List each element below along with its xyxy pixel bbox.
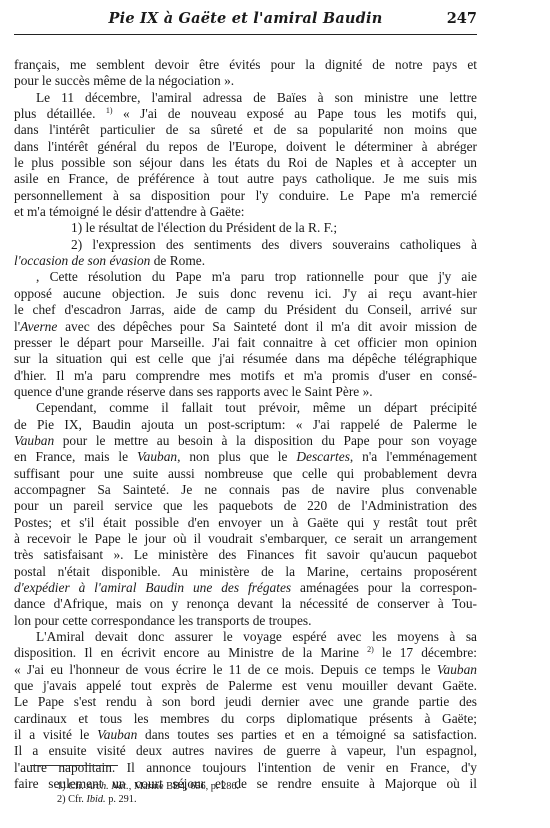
footnote: 1) Cfr. Arch. Nat., Marine BB4, 656, p. … [57, 780, 239, 793]
text-line: d'hier. Il m'a paru comprendre mes motif… [14, 368, 477, 384]
header-rule [14, 34, 477, 35]
text-line: Le 11 décembre, l'amiral adressa de Baïe… [14, 90, 477, 106]
text-run: disposition. Il en écrivit encore au Min… [14, 645, 367, 660]
text-line: d'expédier à l'amiral Baudin une des fré… [14, 580, 477, 596]
footnote-reference: 2) [367, 645, 374, 654]
text-line: 2) l'expression des sentiments des diver… [14, 237, 477, 253]
italic-text: Descartes [296, 449, 350, 464]
text-run: en France, mais le [14, 449, 137, 464]
text-line: l'occasion de son évasion de Rome. [14, 253, 477, 269]
text-run: avec des dépêches pour Sa Sainteté dont … [57, 319, 477, 334]
text-line: 1) le résultat de l'élection du Présiden… [14, 220, 477, 236]
running-title: Pie IX à Gaëte et l'amiral Baudin [14, 10, 477, 27]
text-run: pour le mettre au besoin à la dispositio… [54, 433, 477, 448]
page-number: 247 [447, 10, 477, 27]
italic-text: Arch. Nat. [86, 781, 128, 792]
text-line: Il a ensuite visité deux autres navires … [14, 743, 477, 759]
text-run: p. 291. [106, 794, 137, 805]
text-line: l'Averne avec des dépêches pour Sa Saint… [14, 319, 477, 335]
document-page: Pie IX à Gaëte et l'amiral Baudin 247 fr… [0, 0, 550, 828]
text-line: Le Pape s'est rendu à son bord jeudi der… [14, 694, 477, 710]
text-run: , non plus que le [177, 449, 296, 464]
text-run: , n'a l'emménagement [350, 449, 477, 464]
text-run: dans toutes ses parties et en a témoigné… [137, 727, 477, 742]
text-run: « J'ai eu l'honneur de vous écrire le 11… [14, 662, 437, 677]
text-line: postal n'était disponible. Au ministère … [14, 564, 477, 580]
text-line: que j'avais appelé tout exprès de Palerm… [14, 678, 477, 694]
text-line: et m'a témoigné le désir d'attendre à Ga… [14, 204, 477, 220]
text-line: personnellement à sa disposition pour l'… [14, 188, 477, 204]
text-line: presser le départ pour Marseille. J'ai f… [14, 335, 477, 351]
text-line: , Cette résolution du Pape m'a paru trop… [14, 269, 477, 285]
italic-text: l'occasion de son évasion [14, 253, 150, 268]
text-line: disposition. Il en écrivit encore au Min… [14, 645, 477, 661]
text-line: il a visité le Vauban dans toutes ses pa… [14, 727, 477, 743]
text-line: « J'ai eu l'honneur de vous écrire le 11… [14, 662, 477, 678]
italic-text: Vauban [97, 727, 137, 742]
text-line: lon pour cette correspondance les transp… [14, 613, 477, 629]
text-run: il a visité le [14, 727, 97, 742]
text-line: le plus possible son séjour dans les éta… [14, 155, 477, 171]
text-line: plus détaillée. 1) « J'ai de nouveau exp… [14, 106, 477, 122]
footnote-reference: 1) [106, 106, 113, 115]
text-line: français, me semblent devoir être évités… [14, 57, 477, 73]
text-line: asile en France, de préférence à tout au… [14, 171, 477, 187]
footnote-rule [30, 765, 118, 766]
italic-text: d'expédier à l'amiral Baudin une des fré… [14, 580, 291, 595]
text-run: 2) Cfr. [57, 794, 86, 805]
footnotes: 1) Cfr. Arch. Nat., Marine BB4, 656, p. … [57, 780, 239, 806]
text-run: plus détaillée. [14, 106, 106, 121]
italic-text: Vauban [14, 433, 54, 448]
text-line: Postes; et s'il était possible d'en envo… [14, 515, 477, 531]
text-line: dance d'Afrique, mais on y renonça devan… [14, 596, 477, 612]
text-line: accompagner Sa Sainteté. Je ne connais p… [14, 482, 477, 498]
text-line: l'autre napolitain. Il annonce toujours … [14, 760, 477, 776]
text-line: opposé aucune objection. Je suis donc re… [14, 286, 477, 302]
text-line: sur la situation qui est celle que j'ai … [14, 351, 477, 367]
text-line: L'Amiral devait donc assurer le voyage e… [14, 629, 477, 645]
italic-text: Averne [20, 319, 57, 334]
text-line: Cependant, comme il fallait tout prévoir… [14, 400, 477, 416]
text-line: pour un pareil service que les paquebots… [14, 498, 477, 514]
text-line: suffisant pour une suite aussi nombreuse… [14, 466, 477, 482]
text-line: très satisfaisant ». Le ministère des Fi… [14, 547, 477, 563]
text-run: de Rome. [150, 253, 205, 268]
text-line: dans l'intérêt particulier de sa sûreté … [14, 122, 477, 138]
italic-text: Vauban [437, 662, 477, 677]
running-head: Pie IX à Gaëte et l'amiral Baudin 247 [14, 8, 477, 32]
text-line: en France, mais le Vauban, non plus que … [14, 449, 477, 465]
text-line: Vauban pour le mettre au besoin à la dis… [14, 433, 477, 449]
text-run: le 17 décembre: [374, 645, 477, 660]
text-line: cardinaux et tous les membres du corps d… [14, 711, 477, 727]
text-line: le chef d'escadron Jarras, aide de camp … [14, 302, 477, 318]
footnote: 2) Cfr. Ibid. p. 291. [57, 793, 239, 806]
italic-text: Ibid. [86, 794, 105, 805]
text-run: aménagées pour la correspon- [291, 580, 477, 595]
body-text: français, me semblent devoir être évités… [14, 57, 477, 792]
text-line: de Pie IX, Baudin ajouta un post-scriptu… [14, 417, 477, 433]
text-run: 1) Cfr. [57, 781, 86, 792]
text-run: « J'ai de nouveau exposé au Pape tous le… [113, 106, 477, 121]
text-line: à recevoir le Pape le jour où il voudrai… [14, 531, 477, 547]
text-line: pour le succès même de la négociation ». [14, 73, 477, 89]
text-line: dans l'intérêt général du repos de l'Eur… [14, 139, 477, 155]
text-run: , Marine BB4, 656, p. 286. [129, 781, 239, 792]
text-line: quence d'une grande réserve dans ses rap… [14, 384, 477, 400]
italic-text: Vauban [137, 449, 177, 464]
